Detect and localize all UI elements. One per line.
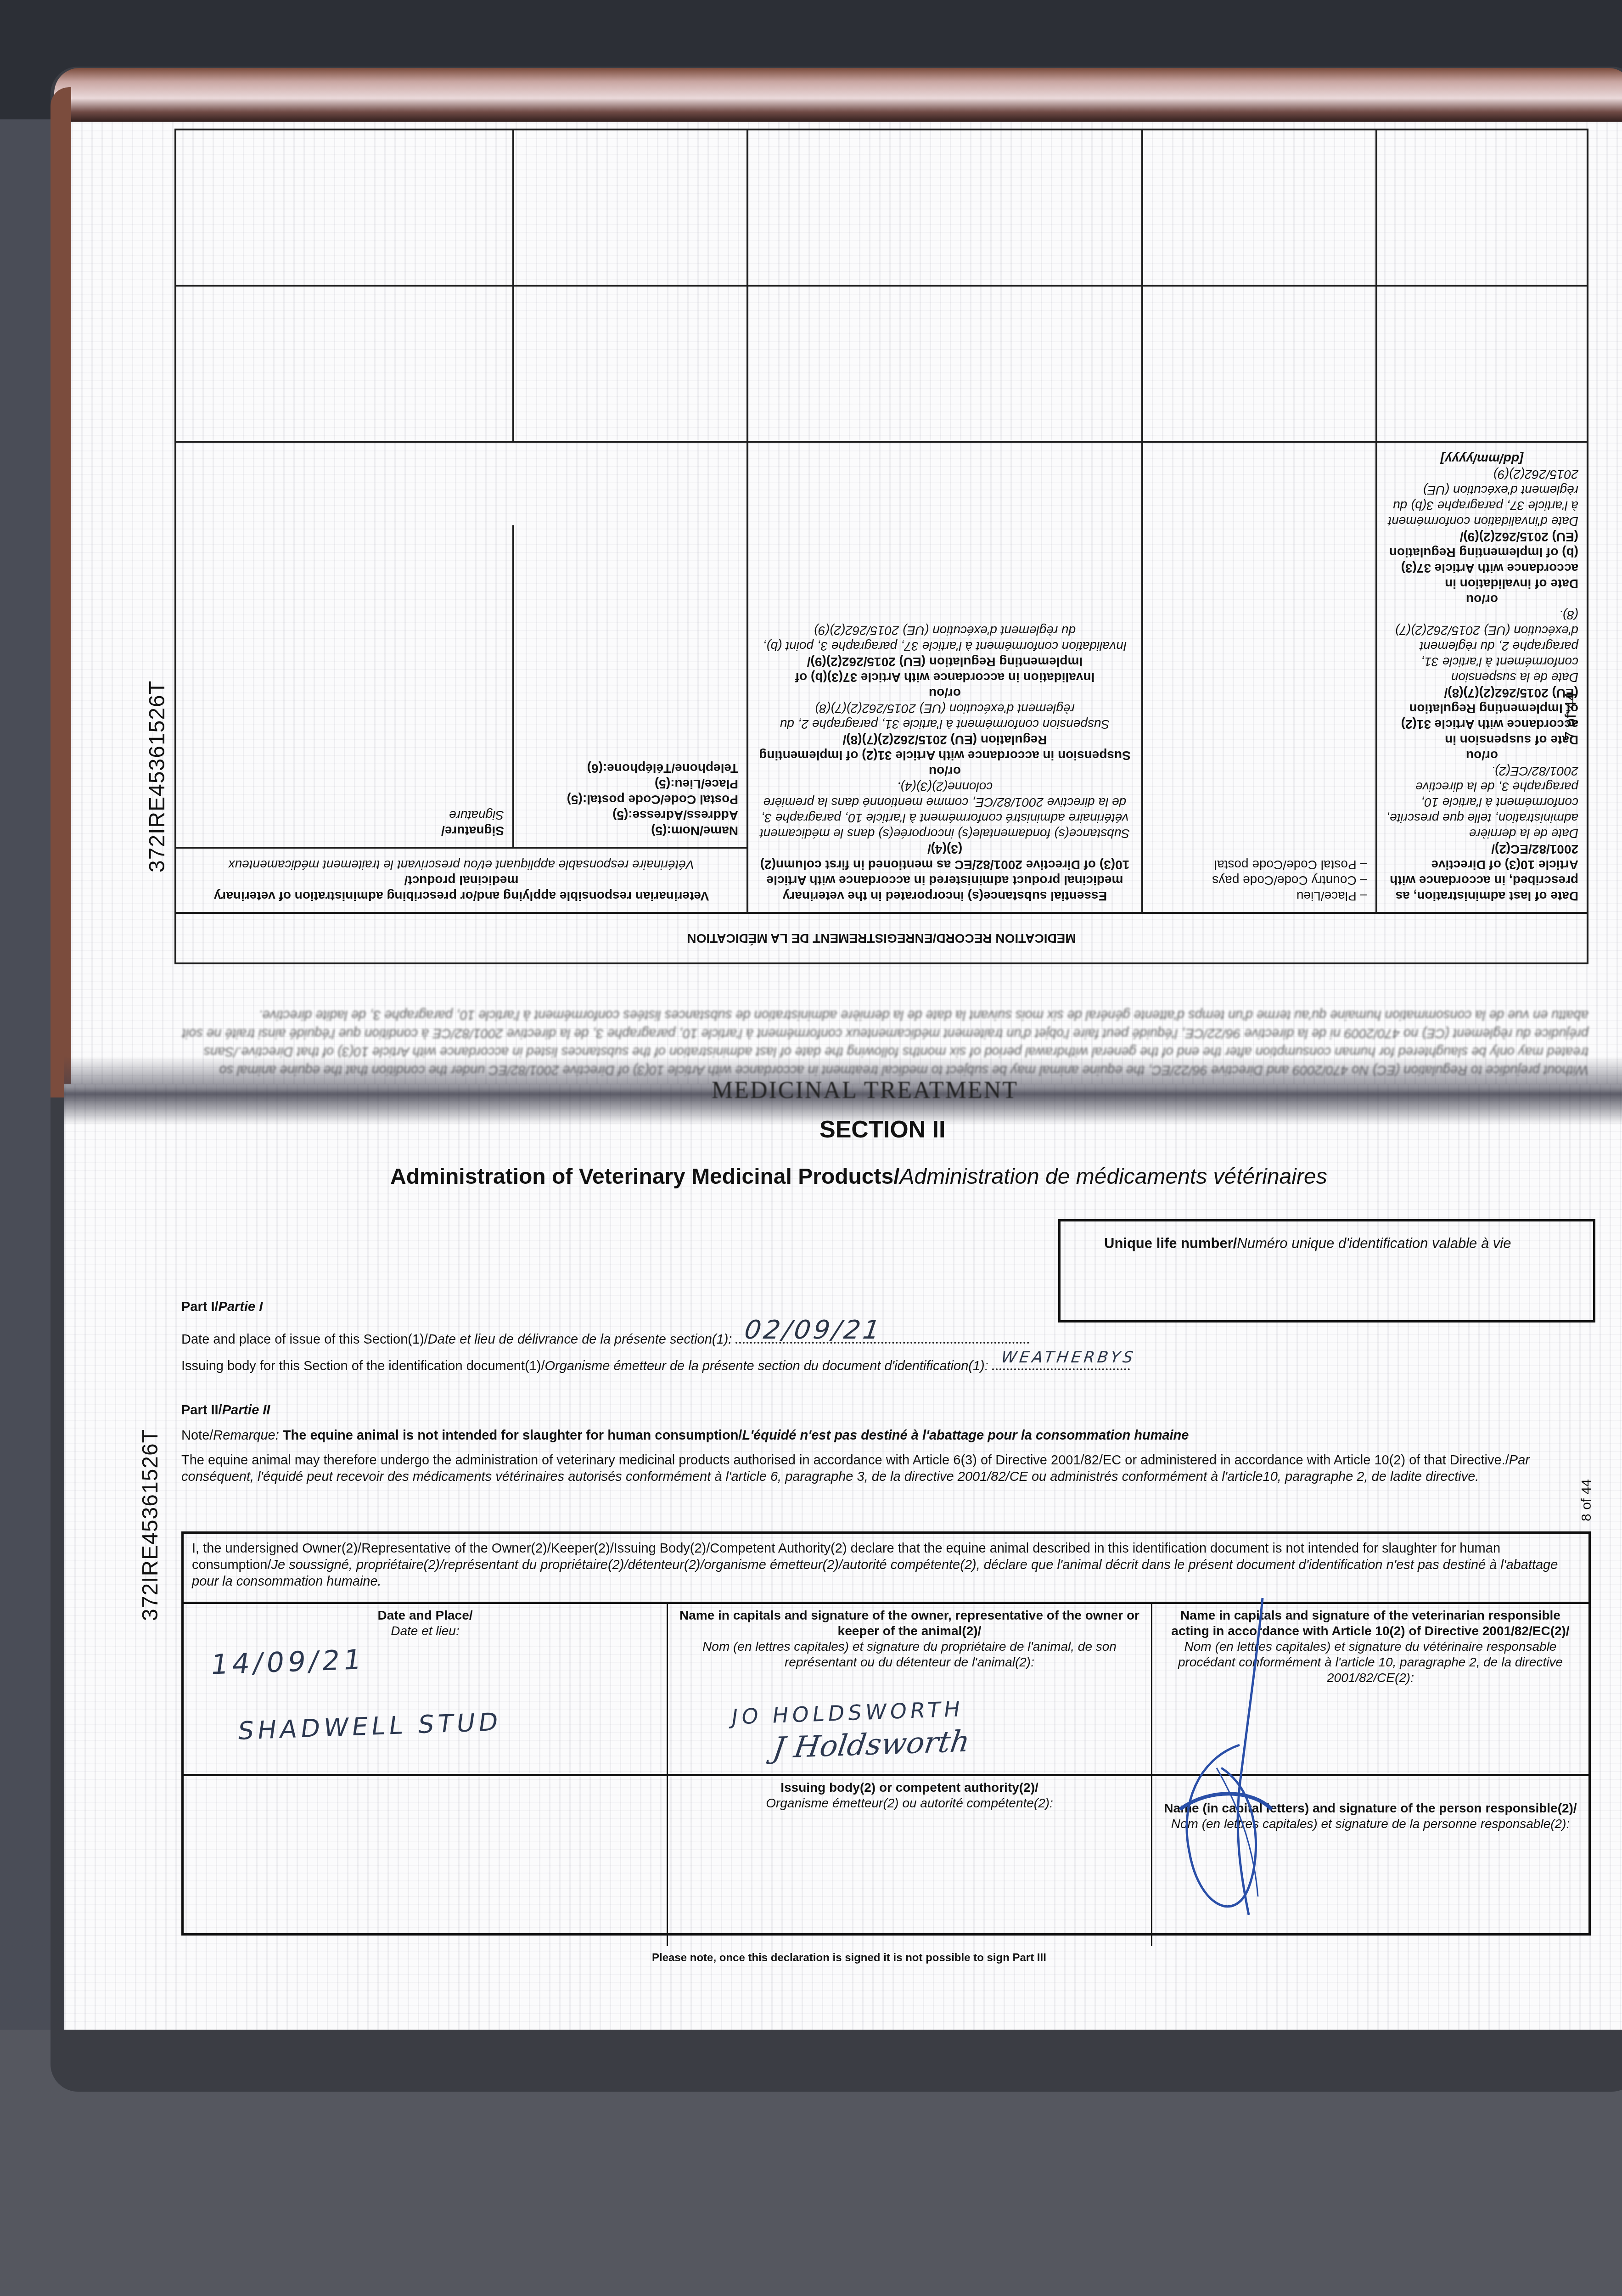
entry-date-field[interactable] [1376,129,1588,286]
medication-record-row [175,129,1588,286]
passport-cover-edge [54,68,1622,123]
col-veterinarian: Veterinarian responsible applying and/or… [175,442,747,913]
entry-signature-field[interactable] [175,129,513,286]
unique-life-number-field[interactable] [1104,1263,1579,1311]
col-place: – Place/Lieu – Country Code/Code pays – … [1142,442,1376,913]
vet-signature-label: Signature/ Signature [176,525,512,847]
issue-date-place-row: Date and place of issue of this Section(… [181,1328,1029,1347]
medication-record-row [175,286,1588,442]
part-2-note: Note/Remarque: The equine animal is not … [181,1428,1189,1443]
part-2-paragraph: The equine animal may therefore undergo … [181,1452,1554,1485]
part-1-label: Part I/Partie I [181,1300,263,1315]
entry-signature-field[interactable] [175,286,513,442]
col-substances: Essential substance(s) incorporated in t… [747,442,1142,913]
final-note: Please note, once this declaration is si… [652,1952,1046,1964]
document-id-bottom: 372IRE45361526T [138,1429,163,1621]
vet-details-labels: Name/Nom:(5) Address/Adresse:(5) Postal … [512,525,746,847]
declaration-box: I, the undersigned Owner(2)/Representati… [181,1531,1591,1936]
issuing-body-signature-cell[interactable]: Issuing body(2) or competent authority(2… [668,1776,1152,1946]
section-title: SECTION II [819,1116,945,1143]
entry-substances-field[interactable] [747,129,1142,286]
medication-record-header-row: Date of last administration, as prescrib… [175,442,1588,913]
page-number-bottom: 8 of 44 [1579,1479,1594,1521]
entry-date-field[interactable] [1376,286,1588,442]
medication-record-title: MEDICATION RECORD/ENREGISTREMENT DE LA M… [175,913,1588,963]
owner-signature-cell[interactable]: Name in capitals and signature of the ow… [668,1604,1152,1776]
document-id-top: 372IRE45361526T [145,681,170,872]
issuing-body-field[interactable]: WEATHERBYS [992,1355,1130,1370]
owner-signature: J Holdsworth [772,1734,971,1756]
declaration-text: I, the undersigned Owner(2)/Representati… [184,1534,1588,1604]
medication-record-table: MEDICATION RECORD/ENREGISTREMENT DE LA M… [174,129,1588,964]
part-2-label: Part II/Partie II [181,1403,270,1418]
declaration-grid: Date and Place/ Date et lieu: 14/09/21 S… [184,1604,1588,1946]
handwritten-date: 14/09/21 [210,1652,366,1673]
col-date-last-admin: Date of last administration, as prescrib… [1376,442,1588,913]
passport-cover-spine [51,87,71,1097]
issue-date-place-field[interactable]: 02/09/21 [735,1328,1029,1344]
section-subtitle: Administration of Veterinary Medicinal P… [390,1164,1327,1189]
issuing-body-row: Issuing body for this Section of the ide… [181,1355,1130,1374]
page-number-top: 7 of 44 [1562,692,1580,740]
entry-vet-field[interactable] [513,286,747,442]
entry-place-field[interactable] [1142,286,1376,442]
entry-place-field[interactable] [1142,129,1376,286]
handwritten-place: SHADWELL STUD [237,1714,503,1739]
unique-life-number-label: Unique life number/Numéro unique d'ident… [1104,1235,1511,1252]
entry-vet-field[interactable] [513,129,747,286]
section-header-fragment: MEDICINAL TREATMENT [712,1077,1018,1104]
unique-life-number-box: Unique life number/Numéro unique d'ident… [1058,1219,1595,1322]
date-place-cell[interactable]: Date and Place/ Date et lieu: 14/09/21 S… [184,1604,668,1776]
empty-cell [184,1776,668,1946]
veterinarian-signature [1171,1593,1318,1942]
entry-substances-field[interactable] [747,286,1142,442]
handwritten-owner-name: JO HOLDSWORTH [730,1701,965,1725]
medication-record-page: Without prejudice to Regulation (EC) No … [174,211,1588,1079]
